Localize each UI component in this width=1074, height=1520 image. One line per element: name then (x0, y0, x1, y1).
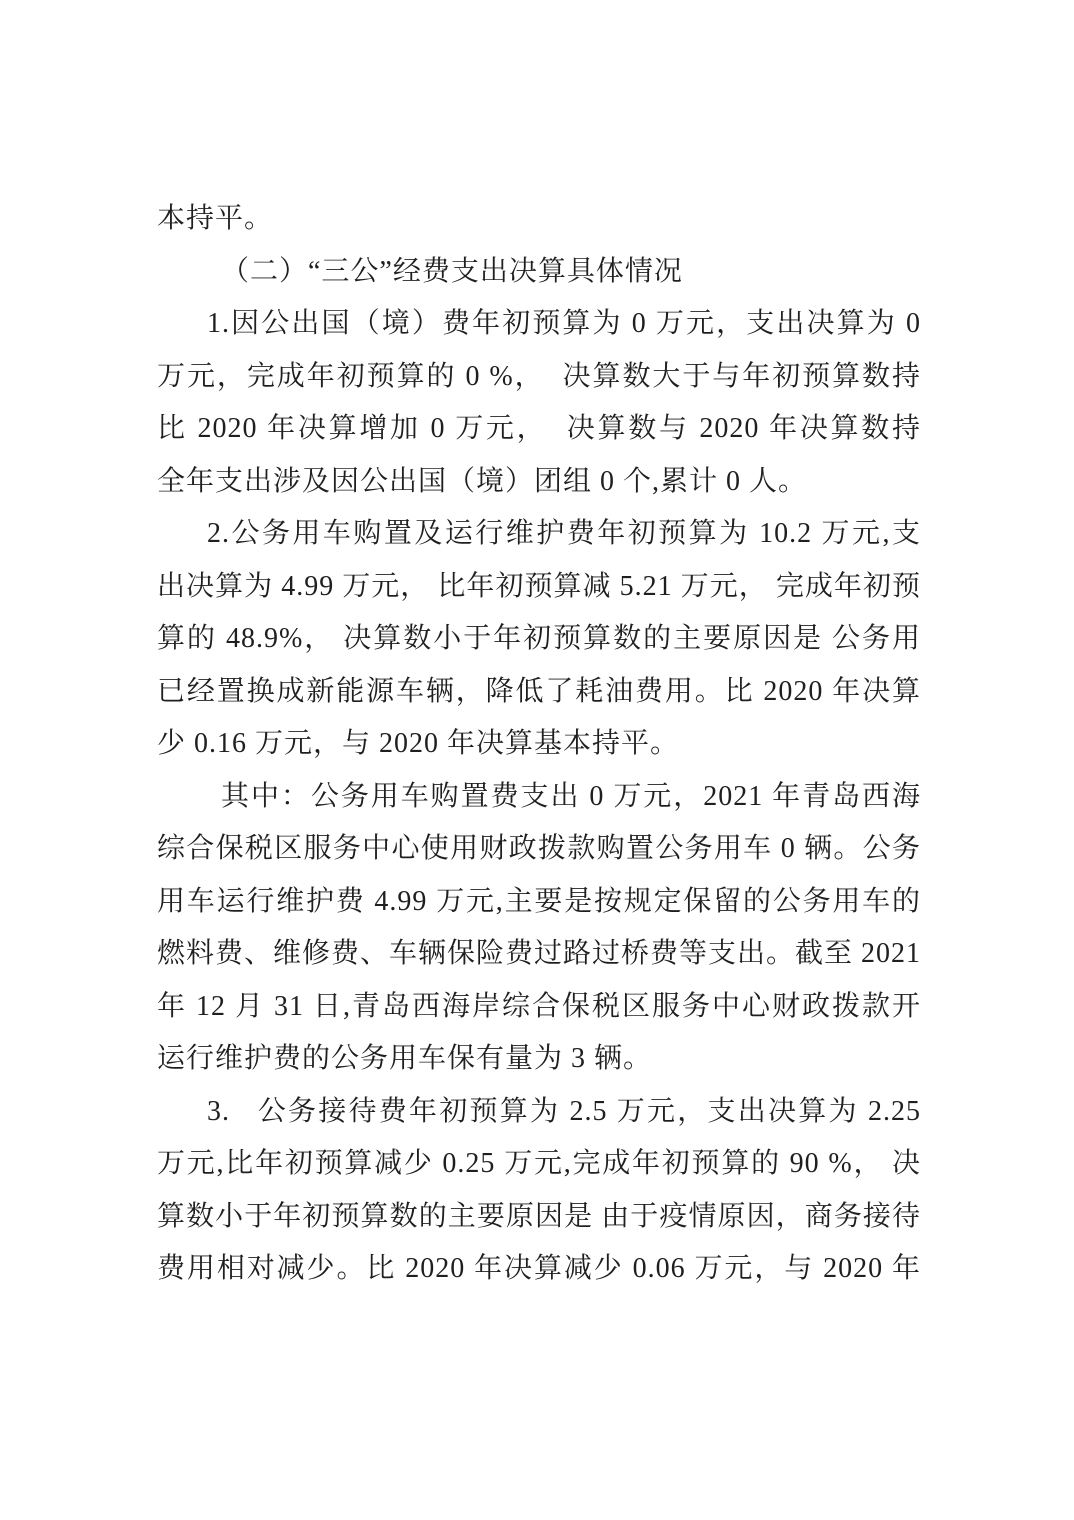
text-line: 年 12 月 31 日,青岛西海岸综合保税区服务中心财政拨款开支 (157, 981, 921, 1034)
document-page: 本持平。 （二）“三公”经费支出决算具体情况 1.因公出国（境）费年初预算为 0… (0, 0, 1074, 1520)
text-line: 综合保税区服务中心使用财政拨款购置公务用车 0 辆。公务 (157, 823, 921, 876)
text-line: 万元,比年初预算减少 0.25 万元,完成年初预算的 90 %， 决 (157, 1138, 921, 1191)
text-line: 算的 48.9%， 决算数小于年初预算数的主要原因是 公务用车 (157, 613, 921, 666)
text-line: 运行维护费的公务用车保有量为 3 辆。 (157, 1033, 921, 1086)
text-block: 本持平。 （二）“三公”经费支出决算具体情况 1.因公出国（境）费年初预算为 0… (157, 193, 921, 1296)
text-line: 燃料费、维修费、车辆保险费过路过桥费等支出。截至 2021 (157, 928, 921, 981)
text-line: 其中：公务用车购置费支出 0 万元，2021 年青岛西海岸 (157, 771, 921, 824)
text-line: 全年支出涉及因公出国（境）团组 0 个,累计 0 人。 (157, 456, 921, 509)
text-line: 2.公务用车购置及运行维护费年初预算为 10.2 万元,支 (157, 508, 921, 561)
text-line: 1.因公出国（境）费年初预算为 0 万元，支出决算为 0 (157, 298, 921, 351)
text-line: 万元，完成年初预算的 0 %， 决算数大于与年初预算数持平。 (157, 351, 921, 404)
text-line: 用车运行维护费 4.99 万元,主要是按规定保留的公务用车的 (157, 876, 921, 929)
text-line: 本持平。 (157, 193, 921, 246)
section-heading-line: （二）“三公”经费支出决算具体情况 (157, 246, 921, 299)
text-line: 少 0.16 万元，与 2020 年决算基本持平。 (157, 718, 921, 771)
text-line: 出决算为 4.99 万元， 比年初预算减 5.21 万元， 完成年初预 (157, 561, 921, 614)
text-line: 已经置换成新能源车辆，降低了耗油费用。比 2020 年决算减 (157, 666, 921, 719)
text-line: 比 2020 年决算增加 0 万元， 决算数与 2020 年决算数持平。 (157, 403, 921, 456)
text-line: 3. 公务接待费年初预算为 2.5 万元，支出决算为 2.25 (157, 1086, 921, 1139)
text-line: 费用相对减少。比 2020 年决算减少 0.06 万元，与 2020 年决 (157, 1243, 921, 1296)
text-line: 算数小于年初预算数的主要原因是 由于疫情原因，商务接待 (157, 1191, 921, 1244)
